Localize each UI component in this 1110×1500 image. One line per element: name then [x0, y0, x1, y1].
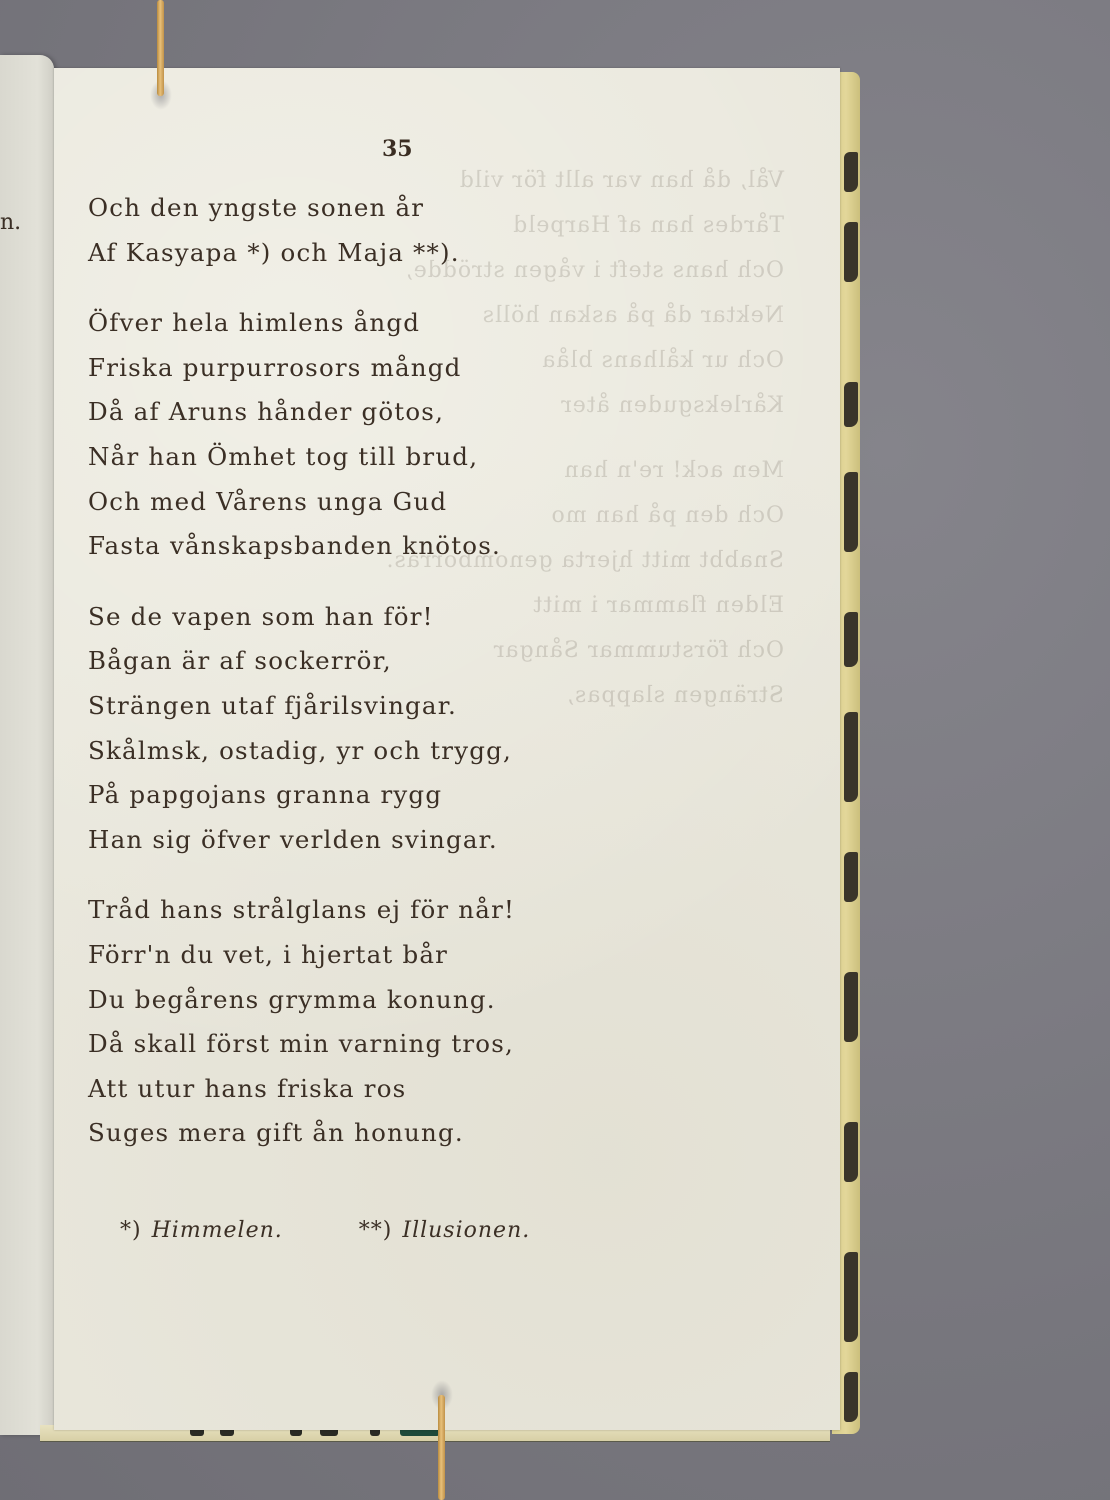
verse-line: Friska purpurrosors mångd — [88, 346, 515, 391]
page-holder-pin-bottom — [438, 1395, 445, 1500]
footnote-1: *)Himmelen. — [120, 1218, 325, 1243]
verse-line: Öfver hela himlens ångd — [88, 301, 515, 346]
verse-line: Då af Aruns hånder götos, — [88, 390, 515, 435]
left-page-text-fragment: n. — [0, 210, 21, 235]
footnote-mark: **) — [359, 1218, 393, 1243]
footnotes: *)Himmelen. **)Illusionen. — [120, 1218, 598, 1243]
verse-line: Och den yngste sonen år — [88, 186, 515, 231]
verse-line: Du begårens grymma konung. — [88, 978, 515, 1023]
poem-text: Och den yngste sonen år Af Kasyapa *) oc… — [88, 186, 515, 1182]
verse-line: På papgojans granna rygg — [88, 773, 515, 818]
left-page-edge: n. — [0, 55, 54, 1435]
marbling-blot — [844, 382, 858, 427]
verse-line: Förr'n du vet, i hjertat bår — [88, 933, 515, 978]
verse-line: Af Kasyapa *) och Maja **). — [88, 231, 515, 276]
stanza-2: Öfver hela himlens ångd Friska purpurros… — [88, 301, 515, 569]
verse-line: Suges mera gift ån honung. — [88, 1111, 515, 1156]
verse-line: Strängen utaf fjårilsvingar. — [88, 684, 515, 729]
verse-line: Han sig öfver verlden svingar. — [88, 818, 515, 863]
marbling-blot — [844, 1252, 858, 1342]
verse-line: Se de vapen som han för! — [88, 595, 515, 640]
marbling-blot — [844, 852, 858, 902]
marbling-blot — [844, 152, 858, 192]
marbling-blot — [844, 1122, 858, 1182]
marbling-blot — [844, 1372, 858, 1422]
stanza-1: Och den yngste sonen år Af Kasyapa *) oc… — [88, 186, 515, 275]
verse-line: Bågan är af sockerrör, — [88, 639, 515, 684]
verse-line: Och med Vårens unga Gud — [88, 480, 515, 525]
marbling-blot — [844, 222, 858, 282]
stanza-4: Tråd hans strålglans ej för når! Förr'n … — [88, 888, 515, 1156]
verse-line: Skålmsk, ostadig, yr och trygg, — [88, 729, 515, 774]
footnote-text: Illusionen. — [402, 1218, 530, 1243]
stanza-3: Se de vapen som han för! Bågan är af soc… — [88, 595, 515, 863]
marbling-blot — [844, 612, 858, 667]
book-page: Vål, då han var allt för vild Tårdes han… — [54, 68, 840, 1430]
footnote-text: Himmelen. — [152, 1218, 283, 1243]
footnote-mark: *) — [120, 1218, 142, 1243]
verse-line: Tråd hans strålglans ej för når! — [88, 888, 515, 933]
marbling-blot — [844, 972, 858, 1042]
marbling-blot — [844, 472, 858, 552]
page-number: 35 — [382, 136, 413, 162]
footnote-2: **)Illusionen. — [359, 1218, 564, 1243]
verse-line: Når han Ömhet tog till brud, — [88, 435, 515, 480]
page-holder-pin-top — [157, 0, 164, 96]
verse-line: Fasta vånskapsbanden knötos. — [88, 524, 515, 569]
verse-line: Att utur hans friska ros — [88, 1067, 515, 1112]
marbling-blot — [844, 712, 858, 802]
verse-line: Då skall först min varning tros, — [88, 1022, 515, 1067]
